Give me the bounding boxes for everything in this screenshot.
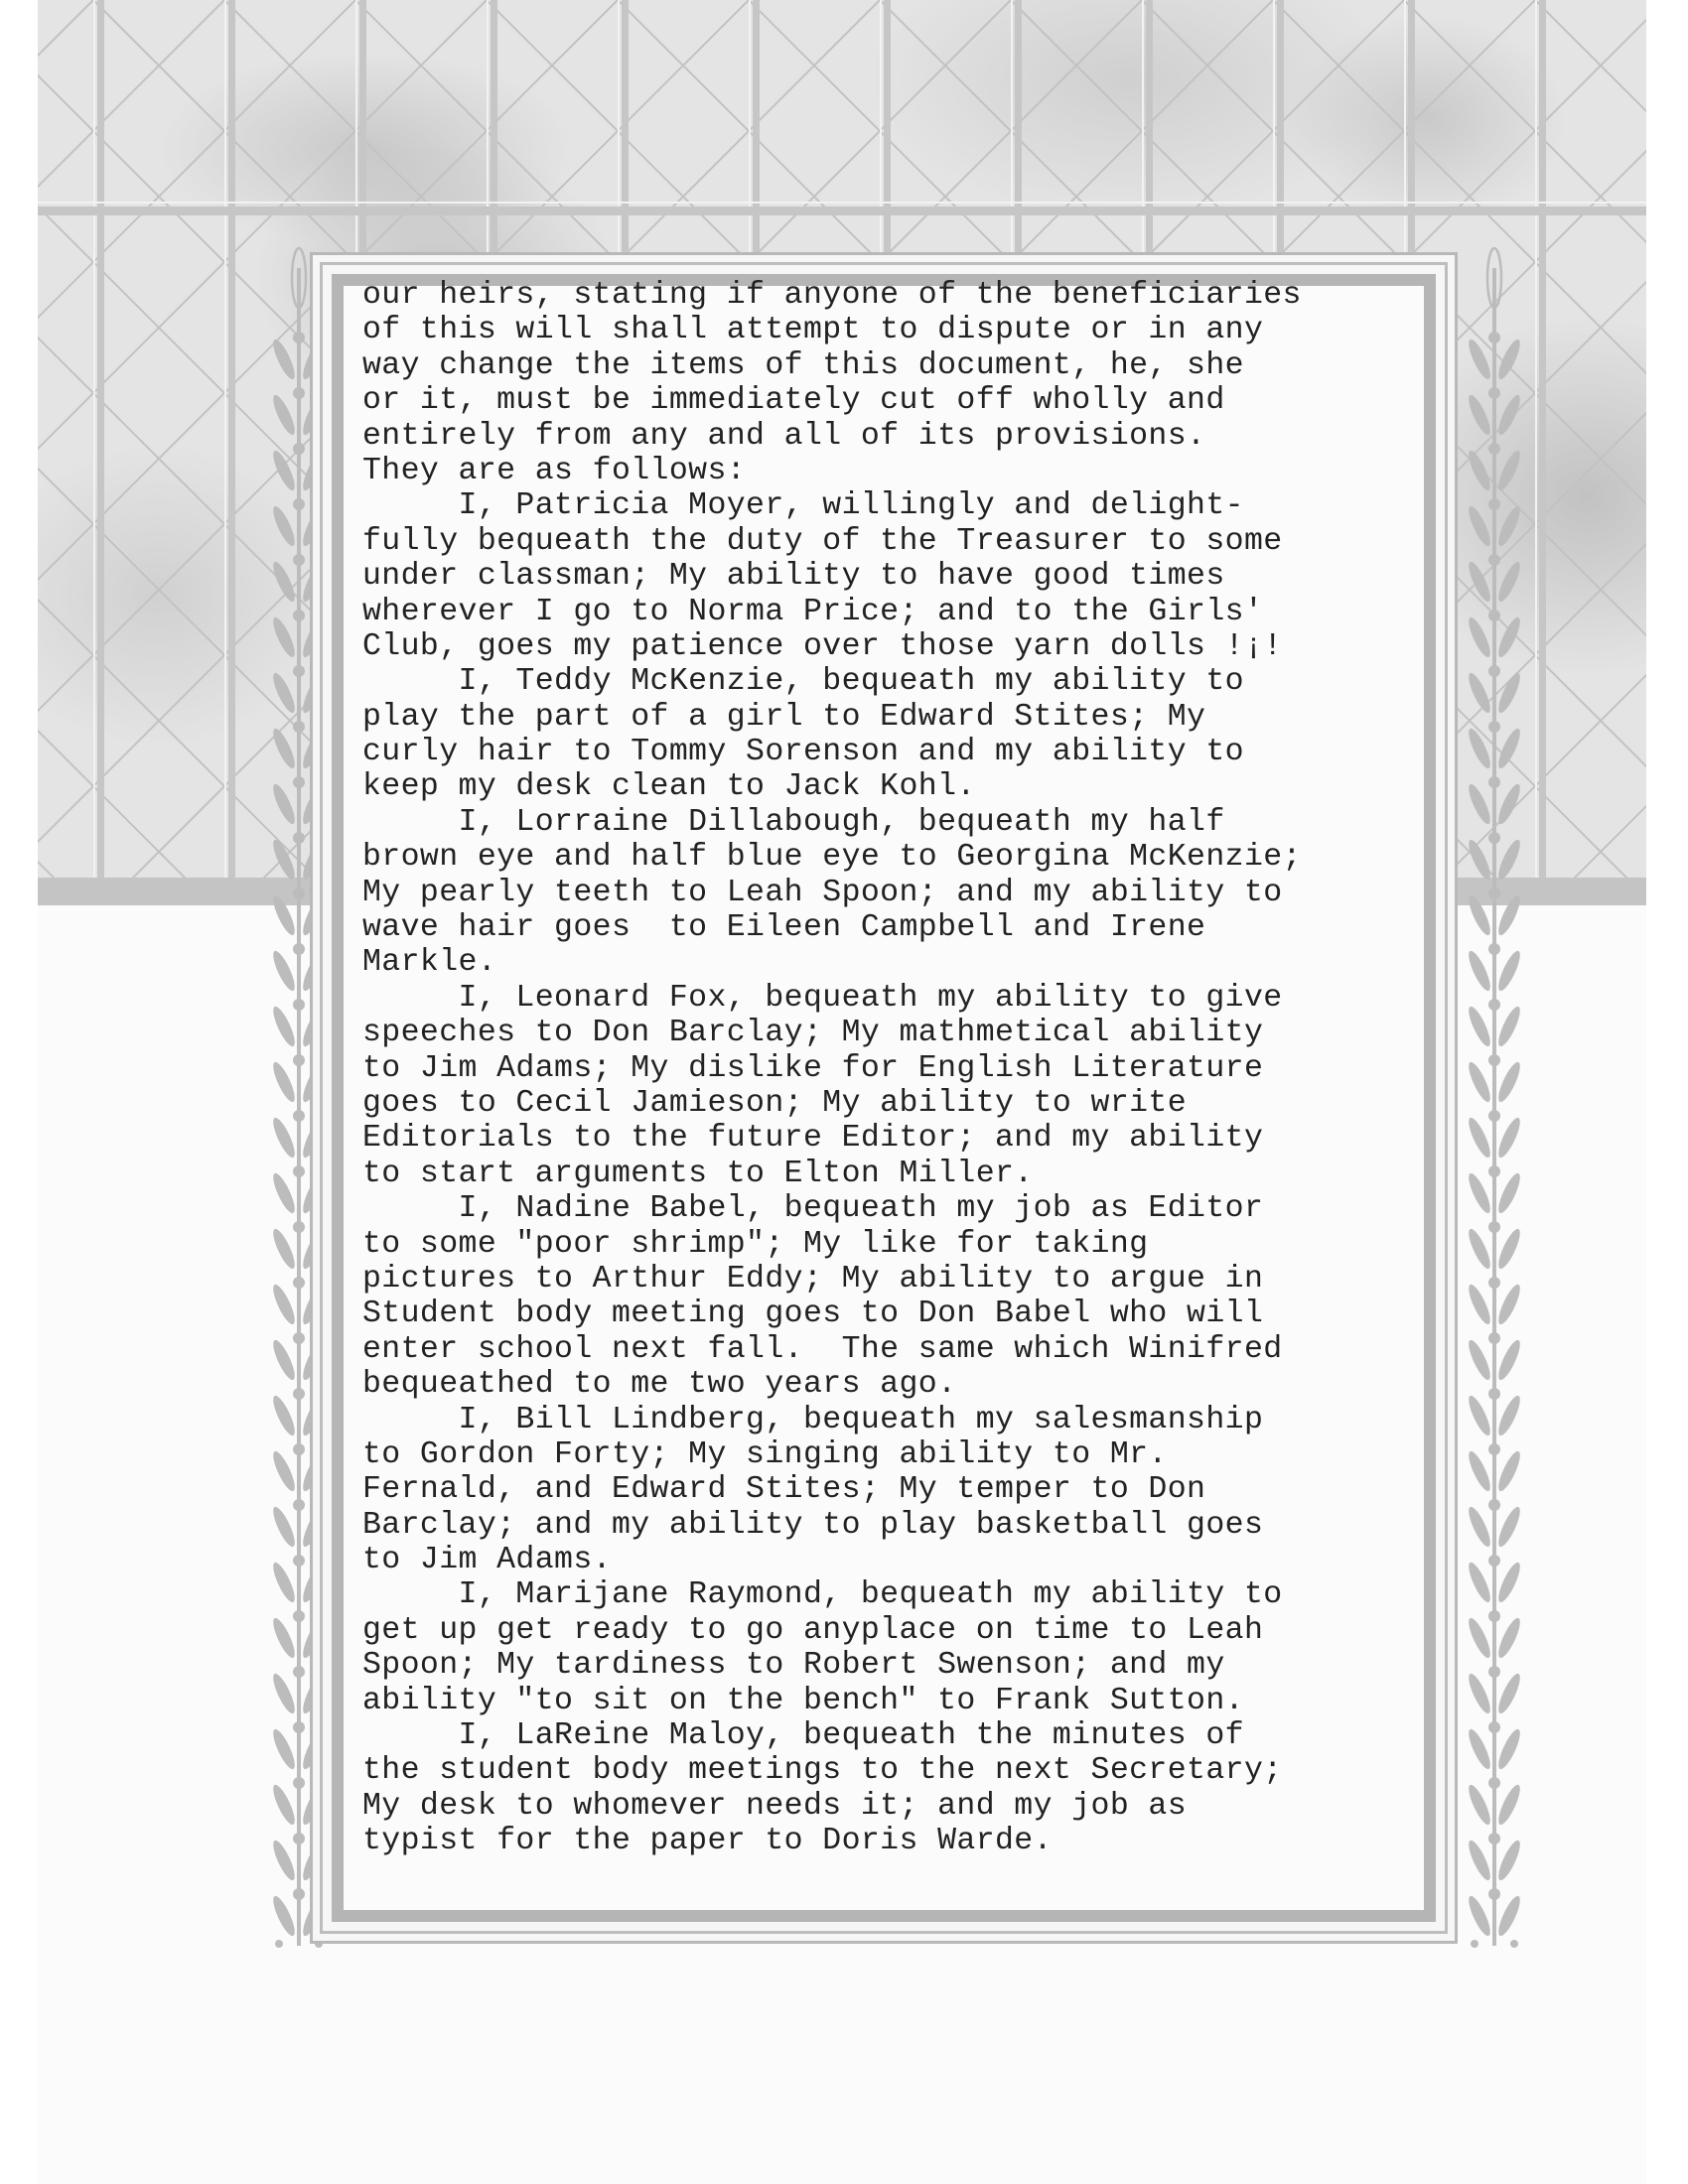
text-line: to Gordon Forty; My singing ability to M…	[362, 1437, 1415, 1472]
text-line: I, Bill Lindberg, bequeath my salesmansh…	[362, 1403, 1415, 1437]
text-line: fully bequeath the duty of the Treasurer…	[362, 524, 1415, 559]
text-line: Student body meeting goes to Don Babel w…	[362, 1297, 1415, 1331]
text-line: get up get ready to go anyplace on time …	[362, 1613, 1415, 1648]
text-line: typist for the paper to Doris Warde.	[362, 1824, 1415, 1858]
text-line: to Jim Adams.	[362, 1543, 1415, 1577]
page-sheet: our heirs, stating if anyone of the bene…	[38, 0, 1646, 2184]
text-line: the student body meetings to the next Se…	[362, 1753, 1415, 1788]
text-line: enter school next fall. The same which W…	[362, 1332, 1415, 1367]
typewritten-will-text: our heirs, stating if anyone of the bene…	[362, 278, 1415, 1859]
text-line: wherever I go to Norma Price; and to the…	[362, 595, 1415, 629]
text-line: entirely from any and all of its provisi…	[362, 419, 1415, 454]
text-line: My pearly teeth to Leah Spoon; and my ab…	[362, 876, 1415, 910]
text-line: under classman; My ability to have good …	[362, 559, 1415, 594]
text-line: Spoon; My tardiness to Robert Swenson; a…	[362, 1648, 1415, 1683]
text-line: play the part of a girl to Edward Stites…	[362, 700, 1415, 735]
text-line: wave hair goes to Eileen Campbell and Ir…	[362, 910, 1415, 945]
text-line: I, Leonard Fox, bequeath my ability to g…	[362, 981, 1415, 1016]
text-line: pictures to Arthur Eddy; My ability to a…	[362, 1262, 1415, 1297]
text-line: or it, must be immediately cut off wholl…	[362, 383, 1415, 418]
laurel-vine-right-icon	[1460, 238, 1529, 1956]
text-line: brown eye and half blue eye to Georgina …	[362, 840, 1415, 875]
text-line: Editorials to the future Editor; and my …	[362, 1121, 1415, 1156]
text-line: Barclay; and my ability to play basketba…	[362, 1508, 1415, 1543]
text-line: I, LaReine Maloy, bequeath the minutes o…	[362, 1718, 1415, 1753]
text-line: speeches to Don Barclay; My mathmetical …	[362, 1016, 1415, 1050]
text-line: goes to Cecil Jamieson; My ability to wr…	[362, 1086, 1415, 1121]
text-line: My desk to whomever needs it; and my job…	[362, 1789, 1415, 1824]
text-line: I, Lorraine Dillabough, bequeath my half	[362, 805, 1415, 840]
text-line: way change the items of this document, h…	[362, 348, 1415, 383]
text-line: curly hair to Tommy Sorenson and my abil…	[362, 735, 1415, 769]
text-line: Fernald, and Edward Stites; My temper to…	[362, 1472, 1415, 1507]
text-line: to start arguments to Elton Miller.	[362, 1157, 1415, 1191]
text-line: our heirs, stating if anyone of the bene…	[362, 278, 1415, 313]
text-line: to Jim Adams; My dislike for English Lit…	[362, 1051, 1415, 1086]
text-line: Club, goes my patience over those yarn d…	[362, 629, 1415, 664]
text-line: of this will shall attempt to dispute or…	[362, 313, 1415, 347]
text-line: They are as follows:	[362, 454, 1415, 488]
text-line: ability "to sit on the bench" to Frank S…	[362, 1684, 1415, 1718]
text-line: I, Marijane Raymond, bequeath my ability…	[362, 1577, 1415, 1612]
text-line: Markle.	[362, 945, 1415, 980]
text-line: to some "poor shrimp"; My like for takin…	[362, 1227, 1415, 1262]
text-line: bequeathed to me two years ago.	[362, 1367, 1415, 1402]
text-line: keep my desk clean to Jack Kohl.	[362, 769, 1415, 804]
text-line: I, Teddy McKenzie, bequeath my ability t…	[362, 664, 1415, 699]
text-line: I, Nadine Babel, bequeath my job as Edit…	[362, 1191, 1415, 1226]
text-line: I, Patricia Moyer, willingly and delight…	[362, 488, 1415, 523]
